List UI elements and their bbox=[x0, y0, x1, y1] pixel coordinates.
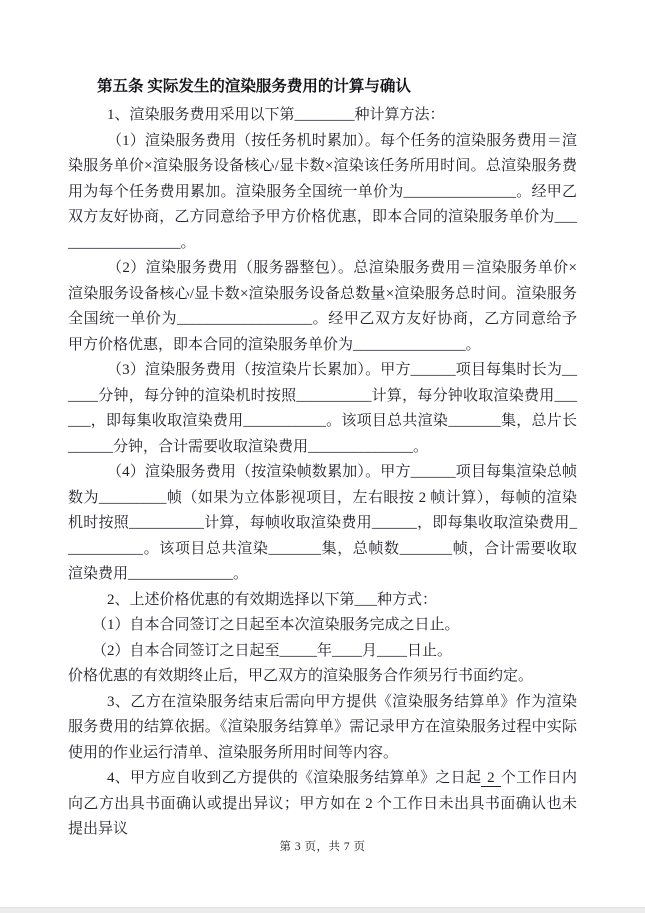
paragraph-method-4-frame-count: （4）渲染服务费用（按渲染帧数累加）。甲方______项目每集渲染总帧数为___… bbox=[68, 460, 577, 588]
clause-5-heading: 第五条 实际发生的渲染服务费用的计算与确认 bbox=[68, 74, 577, 100]
paragraph-confirmation-deadline: 4、甲方应自收到乙方提供的《渲染服务结算单》之日起2个工作日内向乙方出具书面确认… bbox=[68, 766, 577, 843]
paragraph-method-2-server-package: （2）渲染服务费用（服务器整包）。总渲染服务费用＝渲染服务单价×渲染服务设备核心… bbox=[68, 256, 577, 358]
paragraph-method-3-film-length: （3）渲染服务费用（按渲染片长累加）。甲方______项目每集时长为______… bbox=[68, 358, 577, 460]
working-days-filled-value: 2 bbox=[481, 770, 501, 787]
paragraph-validity-option-2: （2）自本合同签订之日起至_____年____月____日止。 bbox=[68, 639, 577, 665]
page-bottom-edge bbox=[0, 907, 645, 913]
contract-page: 第五条 实际发生的渲染服务费用的计算与确认 1、渲染服务费用采用以下第_____… bbox=[0, 0, 645, 913]
page-number-footer: 第 3 页，共 7 页 bbox=[0, 838, 645, 854]
paragraph-discount-validity-intro: 2、上述价格优惠的有效期选择以下第___种方式： bbox=[68, 588, 577, 614]
document-body: 第五条 实际发生的渲染服务费用的计算与确认 1、渲染服务费用采用以下第_____… bbox=[68, 74, 577, 843]
paragraph-settlement-statement: 3、乙方在渲染服务结束后需向甲方提供《渲染服务结算单》作为渲染服务费用的结算依据… bbox=[68, 690, 577, 767]
paragraph-method-1-task-machine-hours: （1）渲染服务费用（按任务机时累加）。每个任务的渲染服务费用＝渲染服务单价×渲染… bbox=[68, 129, 577, 257]
paragraph-validity-option-1: （1）自本合同签订之日起至本次渲染服务完成之日止。 bbox=[68, 613, 577, 639]
paragraph-fee-calculation-intro: 1、渲染服务费用采用以下第________种计算方法： bbox=[68, 103, 577, 129]
confirmation-deadline-text-pre: 4、甲方应自收到乙方提供的《渲染服务结算单》之日起 bbox=[107, 770, 481, 786]
paragraph-validity-termination-note: 价格优惠的有效期终止后，甲乙双方的渲染服务合作须另行书面约定。 bbox=[68, 664, 577, 690]
